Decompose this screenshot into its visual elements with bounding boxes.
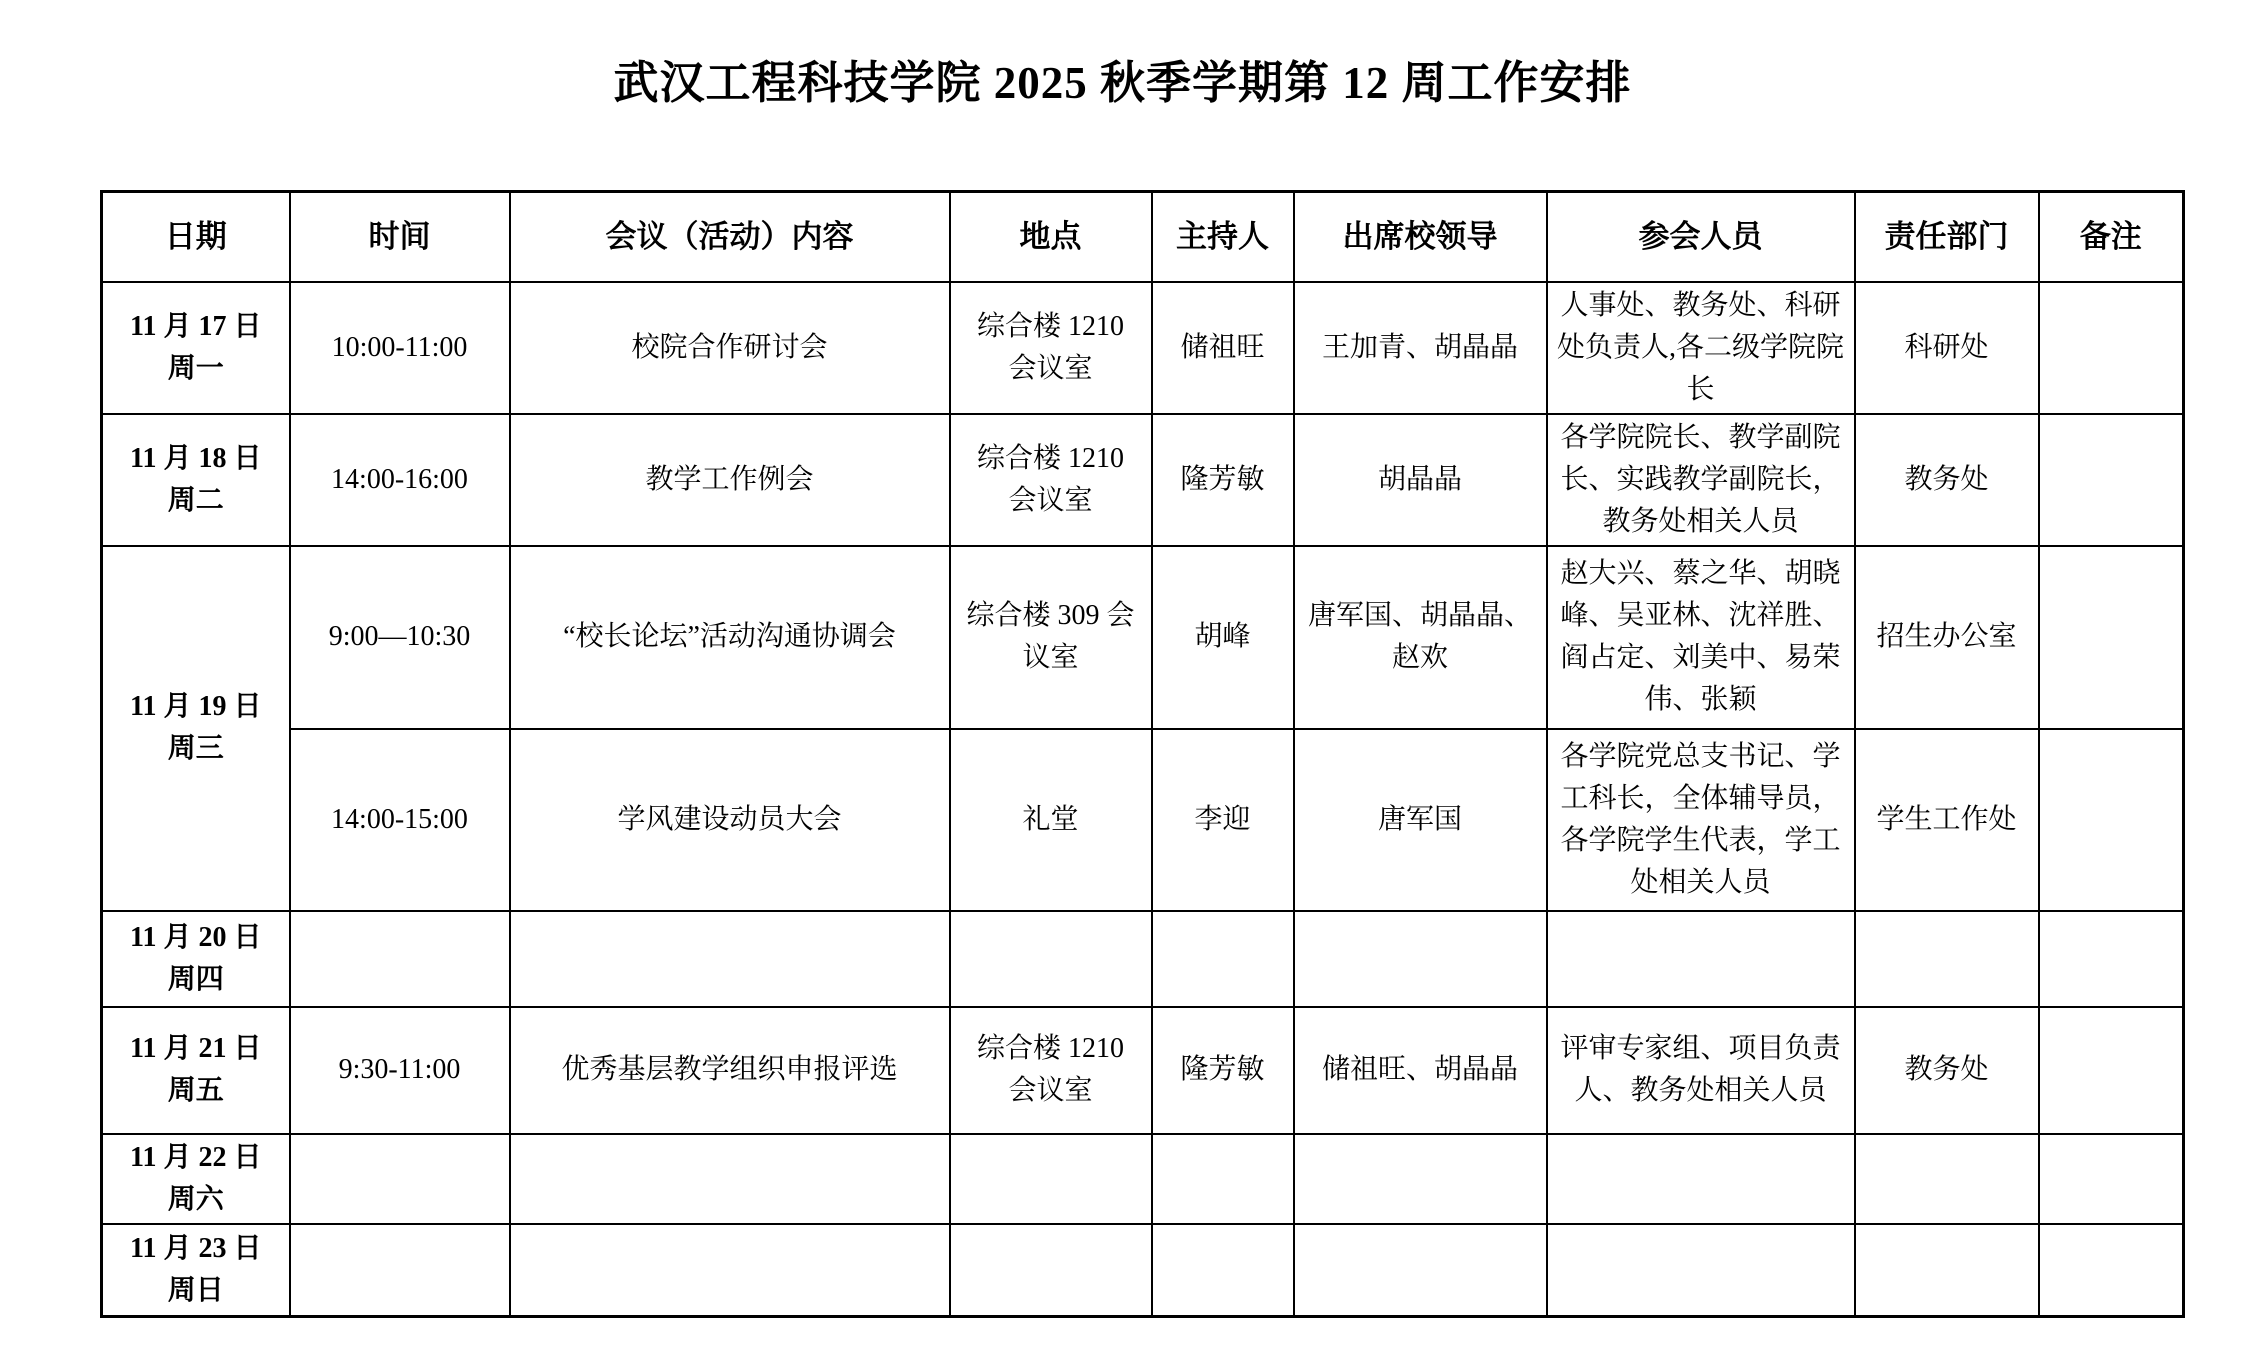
department-cell: 教务处 xyxy=(1855,1007,2039,1134)
host-cell xyxy=(1152,911,1294,1007)
header-row: 日期 时间 会议（活动）内容 地点 主持人 出席校领导 参会人员 责任部门 备注 xyxy=(102,192,2184,282)
location-cell: 综合楼 1210 会议室 xyxy=(950,1007,1152,1134)
remarks-cell xyxy=(2039,1007,2184,1134)
table-row: 11 月 17 日 周一 10:00-11:00 校院合作研讨会 综合楼 121… xyxy=(102,282,2184,414)
participants-cell xyxy=(1547,911,1855,1007)
remarks-cell xyxy=(2039,911,2184,1007)
content-cell: 学风建设动员大会 xyxy=(510,729,950,911)
participants-cell xyxy=(1547,1224,1855,1317)
leaders-cell: 唐军国、胡晶晶、赵欢 xyxy=(1294,546,1547,729)
department-cell: 学生工作处 xyxy=(1855,729,2039,911)
date-cell: 11 月 23 日 周日 xyxy=(102,1224,290,1317)
table-row: 14:00-15:00 学风建设动员大会 礼堂 李迎 唐军国 各学院党总支书记、… xyxy=(102,729,2184,911)
remarks-cell xyxy=(2039,1134,2184,1224)
time-cell: 9:30-11:00 xyxy=(290,1007,510,1134)
remarks-cell xyxy=(2039,282,2184,414)
host-cell: 隆芳敏 xyxy=(1152,414,1294,546)
leaders-cell xyxy=(1294,911,1547,1007)
participants-cell: 各学院党总支书记、学工科长，全体辅导员，各学院学生代表，学工处相关人员 xyxy=(1547,729,1855,911)
date-cell: 11 月 22 日 周六 xyxy=(102,1134,290,1224)
participants-cell: 赵大兴、蔡之华、胡晓峰、吴亚林、沈祥胜、阎占定、刘美中、易荣伟、张颖 xyxy=(1547,546,1855,729)
content-cell: 教学工作例会 xyxy=(510,414,950,546)
table-row: 11 月 20 日 周四 xyxy=(102,911,2184,1007)
date-cell: 11 月 21 日 周五 xyxy=(102,1007,290,1134)
table-row: 11 月 18 日 周二 14:00-16:00 教学工作例会 综合楼 1210… xyxy=(102,414,2184,546)
location-cell: 礼堂 xyxy=(950,729,1152,911)
header-leaders: 出席校领导 xyxy=(1294,192,1547,282)
header-remarks: 备注 xyxy=(2039,192,2184,282)
remarks-cell xyxy=(2039,1224,2184,1317)
participants-cell: 人事处、教务处、科研处负责人,各二级学院院长 xyxy=(1547,282,1855,414)
date-cell: 11 月 17 日 周一 xyxy=(102,282,290,414)
header-date: 日期 xyxy=(102,192,290,282)
table-row: 11 月 23 日 周日 xyxy=(102,1224,2184,1317)
location-cell xyxy=(950,911,1152,1007)
time-cell xyxy=(290,1224,510,1317)
content-cell: 优秀基层教学组织申报评选 xyxy=(510,1007,950,1134)
host-cell: 隆芳敏 xyxy=(1152,1007,1294,1134)
header-time: 时间 xyxy=(290,192,510,282)
date-cell: 11 月 18 日 周二 xyxy=(102,414,290,546)
header-department: 责任部门 xyxy=(1855,192,2039,282)
time-cell xyxy=(290,911,510,1007)
location-cell xyxy=(950,1224,1152,1317)
remarks-cell xyxy=(2039,546,2184,729)
department-cell xyxy=(1855,1134,2039,1224)
weekly-schedule-table: 日期 时间 会议（活动）内容 地点 主持人 出席校领导 参会人员 责任部门 备注… xyxy=(100,190,2185,1318)
table-row: 11 月 19 日 周三 9:00—10:30 “校长论坛”活动沟通协调会 综合… xyxy=(102,546,2184,729)
participants-cell: 各学院院长、教学副院长、实践教学副院长，教务处相关人员 xyxy=(1547,414,1855,546)
department-cell xyxy=(1855,1224,2039,1317)
leaders-cell xyxy=(1294,1134,1547,1224)
date-cell: 11 月 20 日 周四 xyxy=(102,911,290,1007)
time-cell: 10:00-11:00 xyxy=(290,282,510,414)
location-cell: 综合楼 1210 会议室 xyxy=(950,414,1152,546)
remarks-cell xyxy=(2039,729,2184,911)
location-cell xyxy=(950,1134,1152,1224)
date-cell: 11 月 19 日 周三 xyxy=(102,546,290,911)
department-cell: 教务处 xyxy=(1855,414,2039,546)
participants-cell xyxy=(1547,1134,1855,1224)
host-cell xyxy=(1152,1134,1294,1224)
host-cell xyxy=(1152,1224,1294,1317)
leaders-cell: 王加青、胡晶晶 xyxy=(1294,282,1547,414)
page-title: 武汉工程科技学院 2025 秋季学期第 12 周工作安排 xyxy=(0,46,2245,111)
participants-cell: 评审专家组、项目负责人、教务处相关人员 xyxy=(1547,1007,1855,1134)
content-cell: “校长论坛”活动沟通协调会 xyxy=(510,546,950,729)
department-cell: 招生办公室 xyxy=(1855,546,2039,729)
header-location: 地点 xyxy=(950,192,1152,282)
content-cell xyxy=(510,1224,950,1317)
header-host: 主持人 xyxy=(1152,192,1294,282)
leaders-cell: 唐军国 xyxy=(1294,729,1547,911)
host-cell: 李迎 xyxy=(1152,729,1294,911)
remarks-cell xyxy=(2039,414,2184,546)
host-cell: 胡峰 xyxy=(1152,546,1294,729)
header-participants: 参会人员 xyxy=(1547,192,1855,282)
time-cell: 14:00-15:00 xyxy=(290,729,510,911)
leaders-cell xyxy=(1294,1224,1547,1317)
content-cell: 校院合作研讨会 xyxy=(510,282,950,414)
department-cell: 科研处 xyxy=(1855,282,2039,414)
leaders-cell: 储祖旺、胡晶晶 xyxy=(1294,1007,1547,1134)
time-cell: 14:00-16:00 xyxy=(290,414,510,546)
time-cell xyxy=(290,1134,510,1224)
header-content: 会议（活动）内容 xyxy=(510,192,950,282)
location-cell: 综合楼 1210 会议室 xyxy=(950,282,1152,414)
content-cell xyxy=(510,911,950,1007)
table-row: 11 月 21 日 周五 9:30-11:00 优秀基层教学组织申报评选 综合楼… xyxy=(102,1007,2184,1134)
location-cell: 综合楼 309 会议室 xyxy=(950,546,1152,729)
department-cell xyxy=(1855,911,2039,1007)
table-row: 11 月 22 日 周六 xyxy=(102,1134,2184,1224)
content-cell xyxy=(510,1134,950,1224)
leaders-cell: 胡晶晶 xyxy=(1294,414,1547,546)
time-cell: 9:00—10:30 xyxy=(290,546,510,729)
host-cell: 储祖旺 xyxy=(1152,282,1294,414)
